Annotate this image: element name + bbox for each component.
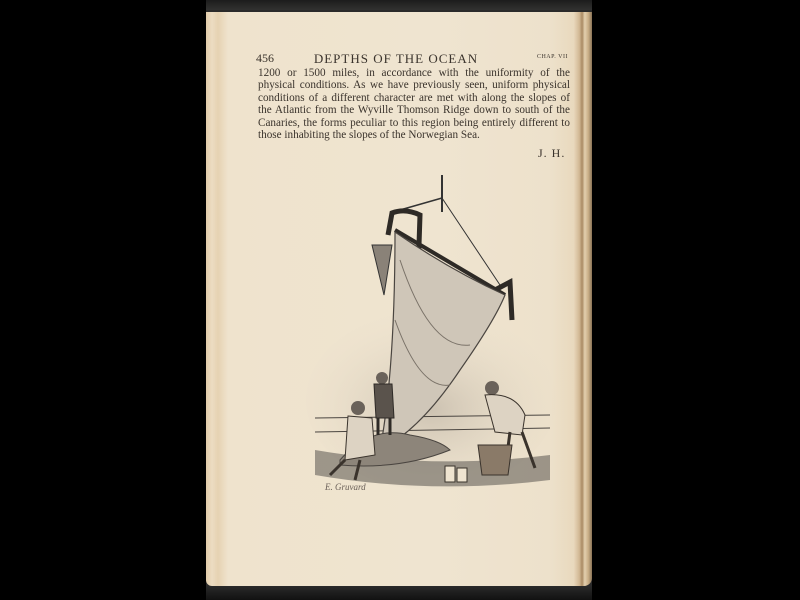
tow-net-illustration (300, 170, 562, 510)
chapter-label: CHAP. VII (537, 54, 568, 60)
page-edge-right (574, 12, 592, 586)
running-title: DEPTHS OF THE OCEAN (256, 51, 536, 67)
body-text: 1200 or 1500 miles, in accordance with t… (258, 67, 570, 141)
book-bottom (206, 586, 592, 600)
body-paragraph: 1200 or 1500 miles, in accordance with t… (258, 67, 570, 141)
page-header: 456 DEPTHS OF THE OCEAN CHAP. VII (256, 51, 568, 67)
artist-signature: E. Gruvard (325, 482, 366, 492)
author-signature: J. H. (538, 146, 565, 161)
